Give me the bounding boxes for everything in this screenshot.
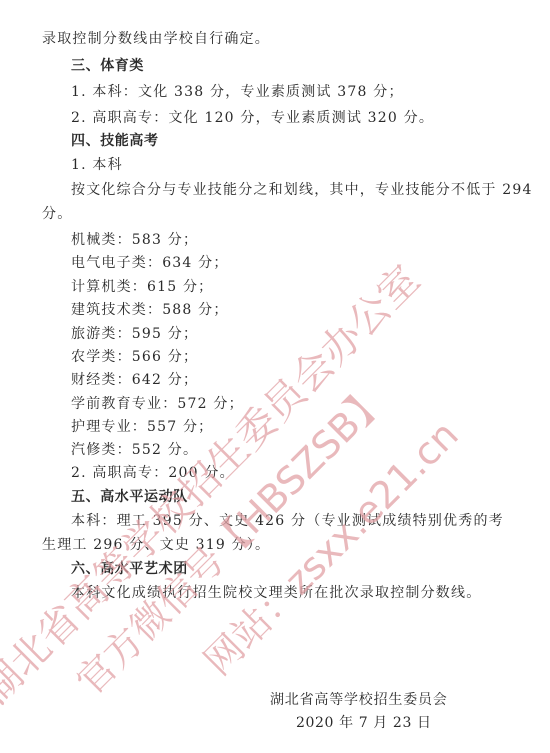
body-line: 1. 本科：文化 338 分，专业素质测试 378 分； [71,82,404,102]
body-line: 录取控制分数线由学校自行确定。 [42,29,270,49]
body-line: 汽修类：552 分。 [71,440,198,460]
body-line: 按文化综合分与专业技能分之和划线，其中，专业技能分不低于 294 [71,180,533,200]
body-line: 电气电子类：634 分； [71,253,229,273]
body-line: 2. 高职高专：200 分。 [71,463,235,483]
body-line: 计算机类：615 分； [71,277,213,297]
section-heading: 四、技能高考 [71,131,159,151]
body-line: 护理专业：557 分； [71,417,213,437]
body-line: 学前教育专业：572 分； [71,394,244,414]
signature-date: 2020 年 7 月 23 日 [296,713,432,733]
body-line: 2. 高职高专：文化 120 分，专业素质测试 320 分。 [71,108,434,128]
body-line: 农学类：566 分； [71,347,198,367]
body-line: 机械类：583 分； [71,230,198,250]
body-line: 1. 本科 [71,155,123,175]
body-line: 建筑技术类：588 分； [71,300,229,320]
section-heading: 五、高水平运动队 [71,487,188,507]
section-heading: 三、体育类 [71,56,144,76]
body-line: 分。 [42,204,72,224]
signature-organization: 湖北省高等学校招生委员会 [270,690,448,710]
body-line: 旅游类：595 分； [71,324,198,344]
section-heading: 六、高水平艺术团 [71,559,188,579]
body-line: 本科文化成绩执行招生院校文理类所在批次录取控制分数线。 [71,583,481,603]
body-line: 财经类：642 分； [71,370,198,390]
document-page: 录取控制分数线由学校自行确定。三、体育类1. 本科：文化 338 分，专业素质测… [0,0,550,753]
body-line: 本科：理工 395 分、文史 426 分（专业测试成绩特别优秀的考 [71,511,504,531]
body-line: 生理工 296 分、文史 319 分）。 [42,535,270,555]
